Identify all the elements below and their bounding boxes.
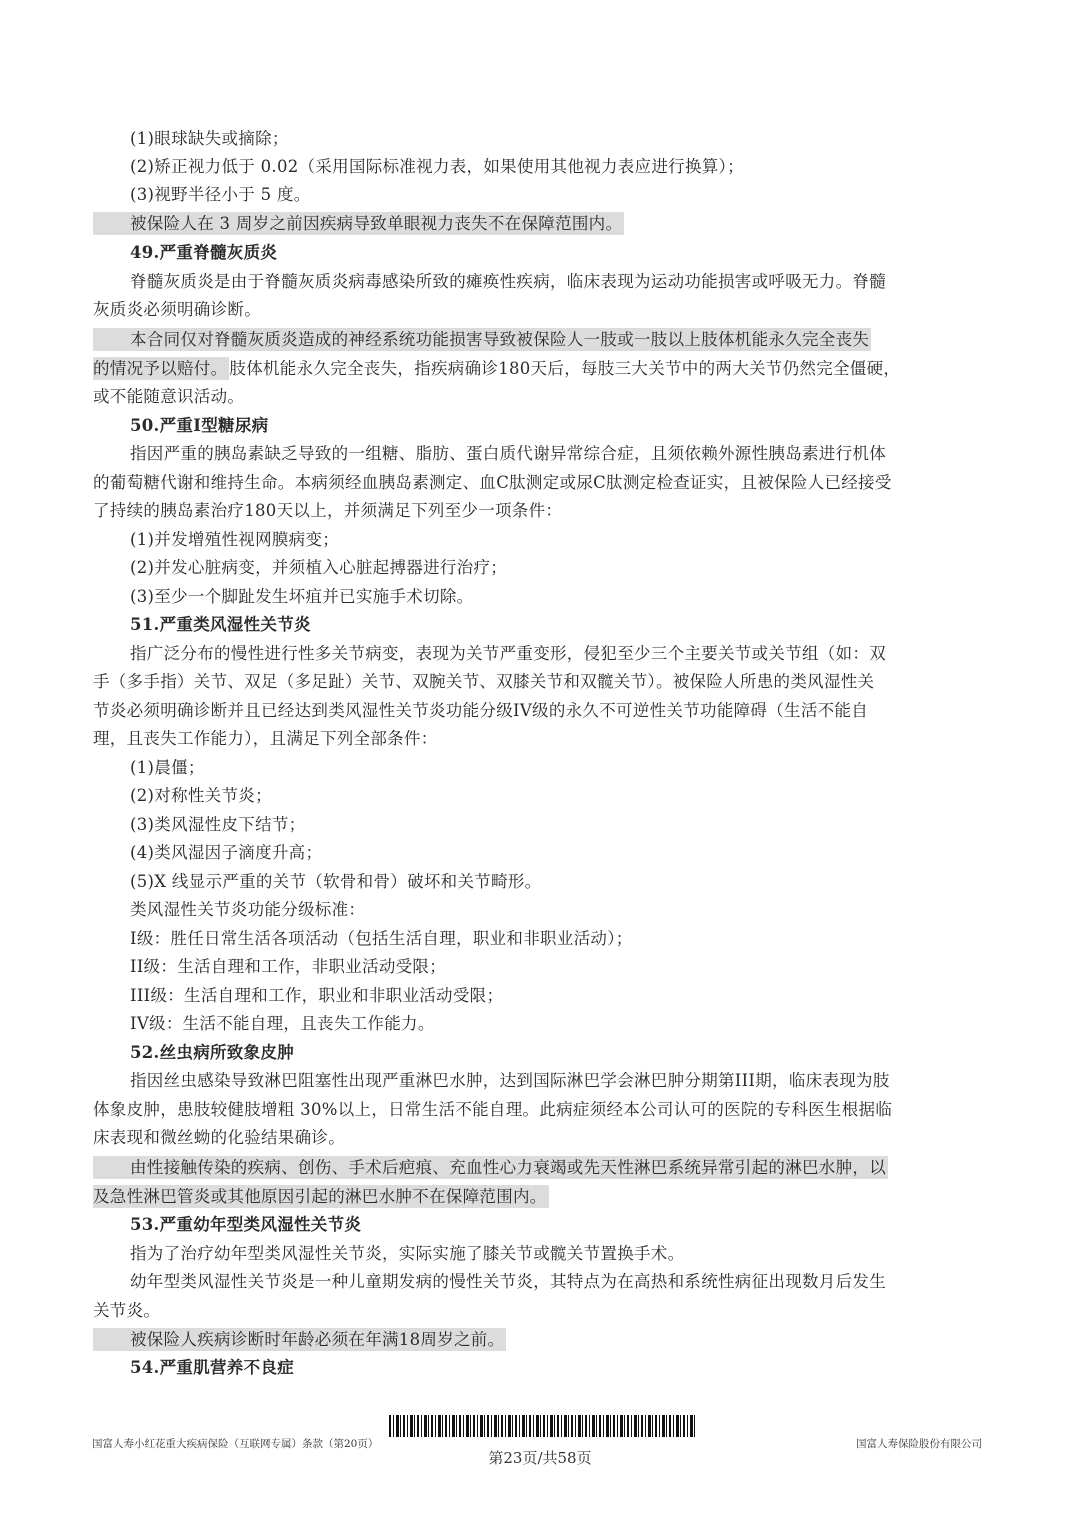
highlighted-clause: 被保险人在 3 周岁之前因疾病导致单眼视力丧失不在保障范围内。 (130, 213, 624, 235)
text-line: (5)X 线显示严重的关节（软骨和骨）破坏和关节畸形。 (130, 871, 541, 893)
text-line: 手（多手指）关节、双足（多足趾）关节、双腕关节、双膝关节和双髋关节）。被保险人所… (93, 671, 874, 693)
text-line: II级：生活自理和工作，非职业活动受限； (130, 956, 446, 978)
text-line: (1)眼球缺失或摘除； (130, 128, 289, 150)
highlighted-clause: 被保险人疾病诊断时年龄必须在年满18周岁之前。 (130, 1329, 506, 1351)
section-heading: 49.严重脊髓灰质炎 (130, 242, 277, 264)
text-line: 指因严重的胰岛素缺乏导致的一组糖、脂肪、蛋白质代谢异常综合症，且须依赖外源性胰岛… (130, 443, 886, 465)
text-line: 灰质炎必须明确诊断。 (93, 299, 261, 321)
section-heading: 53.严重幼年型类风湿性关节炎 (130, 1214, 361, 1236)
text-line: 关节炎。 (93, 1300, 160, 1322)
text-line: 的情况予以赔付。肢体机能永久完全丧失，指疾病确诊180天后，每肢三大关节中的两大… (93, 358, 900, 380)
text-line: (2)对称性关节炎； (130, 785, 272, 807)
section-heading: 50.严重I型糖尿病 (130, 415, 268, 437)
text-line: 床表现和微丝蚴的化验结果确诊。 (93, 1127, 345, 1149)
text-line: 的葡萄糖代谢和维持生命。本病须经血胰岛素测定、血C肽测定或尿C肽测定检查证实，且… (93, 472, 892, 494)
highlighted-clause: 本合同仅对脊髓灰质炎造成的神经系统功能损害导致被保险人一肢或一肢以上肢体机能永久… (130, 329, 871, 351)
text-line: I级：胜任日常生活各项活动（包括生活自理，职业和非职业活动）； (130, 928, 633, 950)
text-line: III级：生活自理和工作，职业和非职业活动受限； (130, 985, 503, 1007)
section-heading: 51.严重类风湿性关节炎 (130, 614, 311, 636)
text-line: 理，且丧失工作能力），且满足下列全部条件： (93, 728, 438, 750)
highlight-span: 被保险人在 3 周岁之前因疾病导致单眼视力丧失不在保障范围内。 (93, 212, 624, 235)
text-line: (3)类风湿性皮下结节； (130, 814, 305, 836)
highlight-span: 本合同仅对脊髓灰质炎造成的神经系统功能损害导致被保险人一肢或一肢以上肢体机能永久… (93, 328, 871, 351)
text-line: 节炎必须明确诊断并且已经达到类风湿性关节炎功能分级IV级的永久不可逆性关节功能障… (93, 700, 868, 722)
highlight-span: 被保险人疾病诊断时年龄必须在年满18周岁之前。 (93, 1328, 506, 1351)
section-heading: 54.严重肌营养不良症 (130, 1357, 294, 1379)
text-line: 指为了治疗幼年型类风湿性关节炎，实际实施了膝关节或髋关节置换手术。 (130, 1243, 684, 1265)
text-line: 指因丝虫感染导致淋巴阻塞性出现严重淋巴水肿，达到国际淋巴学会淋巴肿分期第III期… (130, 1070, 890, 1092)
text-line: (4)类风湿因子滴度升高； (130, 842, 322, 864)
footer-company-name: 国富人寿保险股份有限公司 (856, 1436, 982, 1451)
highlighted-clause: 的情况予以赔付。 (93, 357, 229, 380)
text-line: 了持续的胰岛素治疗180天以上，并须满足下列至少一项条件： (93, 500, 562, 522)
text-line: (2)并发心脏病变，并须植入心脏起搏器进行治疗； (130, 557, 507, 579)
section-heading: 52.丝虫病所致象皮肿 (130, 1042, 294, 1064)
text-line: (3)至少一个脚趾发生坏疽并已实施手术切除。 (130, 586, 473, 608)
text-line: 或不能随意识活动。 (93, 386, 244, 408)
barcode (389, 1415, 697, 1437)
highlighted-clause: 由性接触传染的疾病、创伤、手术后疤痕、充血性心力衰竭或先天性淋巴系统异常引起的淋… (130, 1157, 888, 1179)
highlighted-clause: 及急性淋巴管炎或其他原因引起的淋巴水肿不在保障范围内。 (93, 1186, 549, 1208)
highlight-span: 及急性淋巴管炎或其他原因引起的淋巴水肿不在保障范围内。 (93, 1185, 549, 1208)
text-line: (2)矫正视力低于 0.02（采用国际标准视力表，如果使用其他视力表应进行换算）… (130, 156, 744, 178)
text-line: 脊髓灰质炎是由于脊髓灰质炎病毒感染所致的瘫痪性疾病，临床表现为运动功能损害或呼吸… (130, 271, 886, 293)
text-line: 幼年型类风湿性关节炎是一种儿童期发病的慢性关节炎，其特点为在高热和系统性病征出现… (130, 1271, 886, 1293)
highlight-span: 由性接触传染的疾病、创伤、手术后疤痕、充血性心力衰竭或先天性淋巴系统异常引起的淋… (93, 1156, 888, 1179)
text-line: 类风湿性关节炎功能分级标准： (130, 899, 365, 921)
text-span: 肢体机能永久完全丧失，指疾病确诊180天后，每肢三大关节中的两大关节仍然完全僵硬… (229, 359, 900, 378)
text-line: (1)并发增殖性视网膜病变； (130, 529, 339, 551)
text-line: (3)视野半径小于 5 度。 (130, 184, 311, 206)
text-line: 体象皮肿，患肢较健肢增粗 30%以上，日常生活不能自理。此病症须经本公司认可的医… (93, 1099, 892, 1121)
text-line: IV级：生活不能自理，且丧失工作能力。 (130, 1013, 435, 1035)
text-line: 指广泛分布的慢性进行性多关节病变，表现为关节严重变形，侵犯至少三个主要关节或关节… (130, 643, 886, 665)
text-line: (1)晨僵； (130, 757, 205, 779)
